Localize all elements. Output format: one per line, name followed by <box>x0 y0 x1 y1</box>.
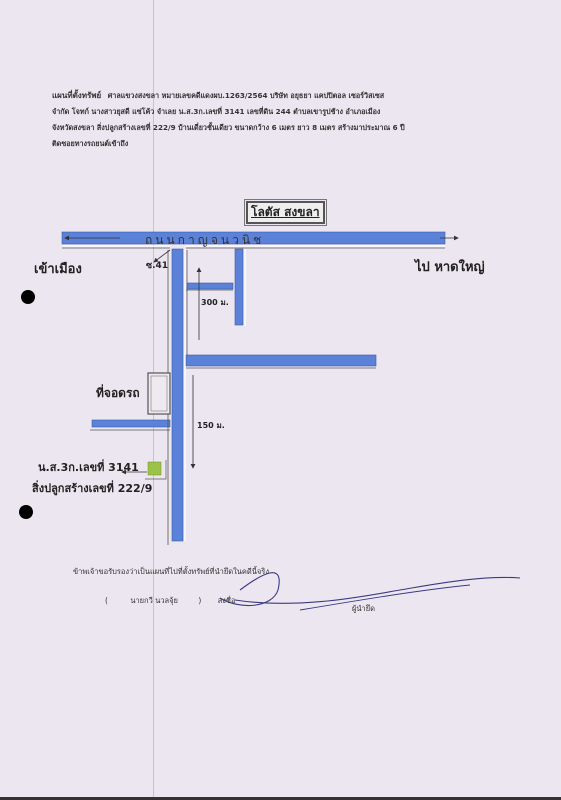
side-road-vertical <box>235 249 243 325</box>
to-hatyai-label: ไป หาดใหญ่ <box>415 256 485 277</box>
main-road-label: ถนนกาญจนวนิช <box>145 231 264 250</box>
side-road-left <box>92 420 170 427</box>
parcel-title-deed-label: น.ส.3ก.เลขที่ 3141 <box>38 458 139 476</box>
seizer-role-label: ผู้นำยึด <box>352 603 375 615</box>
location-map <box>0 0 561 800</box>
side-road-short <box>187 283 233 289</box>
to-city-label: เข้าเมือง <box>34 258 82 279</box>
sign-label: ลงชื่อ <box>218 595 236 607</box>
punch-hole-top <box>21 290 35 304</box>
certification-text: ข้าพเจ้าขอรับรองว่าเป็นแผนที่ไปที่ตั้งทร… <box>73 566 269 578</box>
distance-150-label: 150 ม. <box>197 419 225 432</box>
signature-row: ( นายกวี นวลจุ้ย ) ลงชื่อ <box>105 595 236 607</box>
distance-300-label: 300 ม. <box>201 296 229 309</box>
punch-hole-bottom <box>19 505 33 519</box>
property-parcel <box>148 462 161 475</box>
parcel-building-label: สิ่งปลูกสร้างเลขที่ 222/9 <box>32 479 152 497</box>
signer-name: นายกวี นวลจุ้ย <box>130 595 178 607</box>
soi-label: ซ.41 <box>146 258 168 272</box>
parking-label: ที่จอดรถ <box>96 384 140 403</box>
parking-area <box>148 373 170 414</box>
soi-road <box>172 249 183 541</box>
side-road-long <box>186 355 376 366</box>
landmark-lotus: โลตัส สงขลา <box>246 201 325 224</box>
